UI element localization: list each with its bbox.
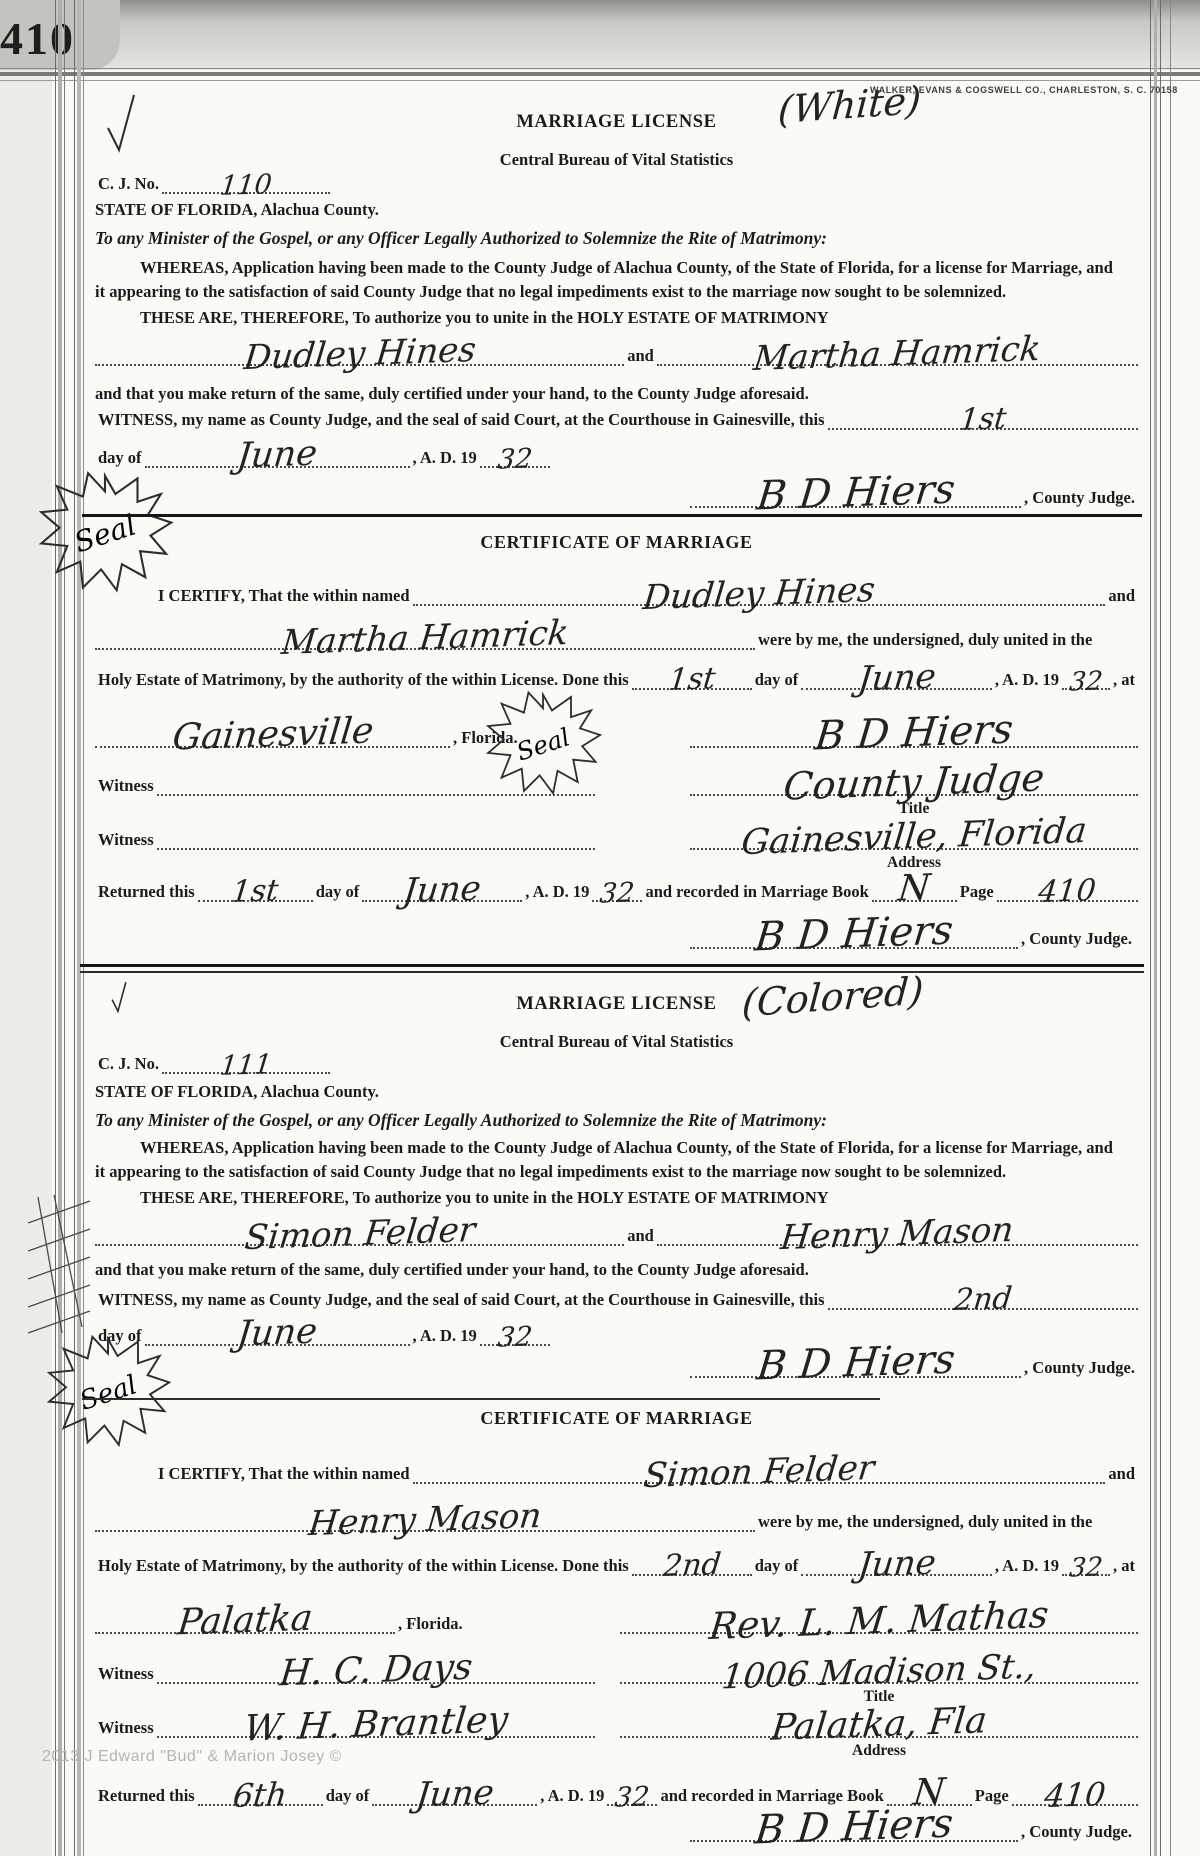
license-month-field: June [145,466,410,468]
border-rule [77,0,81,1856]
county-judge-label: , County Judge. [1018,929,1135,949]
cj-number-field: 111 [162,1072,330,1074]
license-year: 32 [496,445,533,473]
groom-name: Simon Felder [243,1213,477,1255]
at-label: , at [1110,670,1138,690]
whereas-line1: WHEREAS, Application having been made to… [140,1138,1113,1158]
returned-day-field: 6th [198,1804,323,1806]
license-year-field: 32 [480,1344,550,1346]
judge-signature-field: B D Hiers [690,1376,1021,1378]
record-divider [80,964,1144,967]
cert-bride-field: Henry Mason [95,1530,755,1532]
license-month: June [235,1315,318,1353]
witness-day-field: 1st [828,428,1138,430]
witness-clause: WITNESS, my name as County Judge, and th… [95,1290,828,1310]
witness1-field [157,794,595,796]
cert-bride-field: Martha Hamrick [95,648,755,650]
were-by-me-label: were by me, the undersigned, duly united… [755,1512,1095,1532]
border-rule [1160,0,1161,1856]
bride-name: Martha Hamrick [752,332,1042,376]
and-connector: and [624,1226,657,1246]
officiant-signature: Rev. L. M. Mathas [708,1596,1051,1645]
border-rule [1170,0,1171,1856]
whereas-line2: it appearing to the satisfaction of said… [95,1162,1006,1182]
day-of-label: day of [313,882,363,902]
witness2-field [157,848,595,850]
scan-top-edge [0,0,1200,70]
state-county-line: STATE OF FLORIDA, Alachua County. [95,1082,379,1102]
section-divider [82,1398,880,1400]
return-clause: and that you make return of the same, du… [95,1260,809,1280]
returned-month-field: June [372,1804,537,1806]
cj-number-label: C. J. No. [95,174,162,194]
book-value: N [897,870,932,907]
book-page-field: 410 [997,900,1138,902]
returned-year: 32 [614,1783,651,1811]
returned-day-field: 1st [198,900,313,902]
officiant-title-value: County Judge [782,758,1046,805]
certificate-title: CERTIFICATE OF MARRIAGE [95,532,1138,553]
officiant-title-field: 1006 Madison St., [620,1682,1138,1684]
certificate-title: CERTIFICATE OF MARRIAGE [95,1408,1138,1429]
day-of-label: day of [752,670,802,690]
whereas-line1: WHEREAS, Application having been made to… [140,258,1113,278]
border-rule [74,0,75,1856]
book-page-value: 410 [1037,876,1097,908]
i-certify-label: I CERTIFY, That the within named [155,586,413,606]
cj-number-value: 110 [219,171,273,200]
state-county-line: STATE OF FLORIDA, Alachua County. [95,200,379,220]
witness1-field: H. C. Days [157,1682,595,1684]
done-day-field: 1st [632,688,752,690]
license-title: MARRIAGE LICENSE [95,112,1138,133]
page-label: Page [957,882,997,902]
border-rule [0,68,1200,69]
ad-year-label: , A. D. 19 [522,882,592,902]
officiant-signature-field: Rev. L. M. Mathas [620,1632,1138,1634]
and-connector: and [1105,1464,1138,1484]
day-of-label: day of [323,1786,373,1806]
whereas-line2: it appearing to the satisfaction of said… [95,282,1006,302]
book-field: N [872,900,957,902]
done-month: June [856,660,937,697]
done-year: 32 [1068,668,1104,695]
done-year-field: 32 [1062,688,1110,690]
groom-name-field: Simon Felder [95,1244,624,1246]
witness-day: 2nd [952,1284,1013,1316]
ad-year-label: , A. D. 19 [410,448,480,468]
done-day: 1st [667,664,717,696]
groom-name: Dudley Hines [242,333,477,375]
license-month-field: June [145,1344,410,1346]
witness-day-field: 2nd [828,1308,1138,1310]
officiant-address-field: Gainesville, Florida [690,848,1138,850]
record-divider [80,971,1144,973]
and-connector: and [624,346,657,366]
returned-signature: B D Hiers [753,910,955,957]
returned-this-label: Returned this [95,882,198,902]
done-month-field: June [801,688,992,690]
witness1-name: H. C. Days [278,1650,474,1693]
done-year: 32 [1068,1554,1104,1581]
county-judge-label: , County Judge. [1021,1358,1138,1378]
cj-number-value: 111 [219,1051,273,1080]
officiant-address-value: Palatka, Fla [769,1703,988,1747]
border-rule [0,72,1200,76]
done-year-field: 32 [1062,1574,1110,1576]
at-label: , at [1110,1556,1138,1576]
border-rule [1150,0,1151,1856]
race-annotation: (White) [777,81,922,129]
place-field: Palatka [95,1632,395,1634]
border-rule [58,0,62,1856]
witness-clause: WITNESS, my name as County Judge, and th… [95,410,828,430]
officiant-signature-field: B D Hiers [690,746,1138,748]
done-day: 2nd [661,1550,722,1582]
ad-year-label: , A. D. 19 [992,1556,1062,1576]
salutation-line: To any Minister of the Gospel, or any Of… [95,1110,827,1131]
returned-signature-field: B D Hiers [690,947,1018,949]
done-day-field: 2nd [632,1574,752,1576]
address-label: Address [620,1742,1138,1760]
scanned-marriage-record-page: 410 WALKER, EVANS & COGSWELL CO., CHARLE… [0,0,1200,1856]
place-field: Gainesville [95,746,450,748]
returned-year-field: 32 [592,900,642,902]
bride-name-field: Henry Mason [657,1244,1138,1246]
returned-this-label: Returned this [95,1786,198,1806]
cert-groom-name: Simon Felder [642,1451,876,1493]
day-of-label: day of [752,1556,802,1576]
license-year-field: 32 [480,466,550,468]
license-title: MARRIAGE LICENSE [95,994,1138,1015]
returned-year: 32 [599,879,636,907]
i-certify-label: I CERTIFY, That the within named [155,1464,413,1484]
cj-number-label: C. J. No. [95,1054,162,1074]
section-divider [82,514,1142,517]
returned-year-field: 32 [607,1804,657,1806]
done-month: June [856,1546,937,1583]
witness2-field: W. H. Brantley [157,1736,595,1738]
and-connector: and [1105,586,1138,606]
returned-month-field: June [362,900,522,902]
officiant-address-field: Palatka, Fla [620,1736,1138,1738]
witness-label: Witness [95,1718,157,1738]
bride-name: Henry Mason [779,1213,1015,1255]
border-rule [0,80,1200,81]
officiant-title-field: County Judge [690,794,1138,796]
day-of-label: day of [95,448,145,468]
border-rule [83,0,84,1856]
returned-month: June [402,872,483,909]
holy-estate-label: Holy Estate of Matrimony, by the authori… [95,670,632,690]
recorded-label: and recorded in Marriage Book [642,882,871,902]
county-judge-label: , County Judge. [1018,1822,1135,1842]
witness-label: Witness [95,1664,157,1684]
scan-left-edge [0,0,52,1856]
border-rule [55,0,56,1856]
county-judge-label: , County Judge. [1021,488,1138,508]
border-rule [64,0,65,1856]
witness-label: Witness [95,830,157,850]
were-by-me-label: were by me, the undersigned, duly united… [755,630,1095,650]
bride-name-field: Martha Hamrick [657,364,1138,366]
cj-number-field: 110 [162,192,330,194]
cert-groom-field: Simon Felder [413,1482,1106,1484]
seal-scribble-icon: Seal [38,1332,178,1452]
ad-year-label: , A. D. 19 [537,1786,607,1806]
salutation-line: To any Minister of the Gospel, or any Of… [95,228,827,249]
holy-estate-label: Holy Estate of Matrimony, by the authori… [95,1556,632,1576]
bureau-subtitle: Central Bureau of Vital Statistics [95,150,1138,170]
done-month-field: June [801,1574,992,1576]
judge-signature: B D Hiers [755,469,957,516]
ad-year-label: , A. D. 19 [410,1326,480,1346]
crosshatch-scribble-icon [28,1195,98,1335]
ad-year-label: , A. D. 19 [992,670,1062,690]
place-name: Gainesville [170,713,375,756]
florida-label: , Florida. [395,1614,466,1634]
return-clause: and that you make return of the same, du… [95,384,809,404]
witness2-name: W. H. Brantley [242,1702,509,1747]
returned-signature-field: B D Hiers [690,1840,1018,1842]
witness-day: 1st [958,404,1008,436]
officiant-signature: B D Hiers [813,709,1015,756]
returned-signature: B D Hiers [753,1803,955,1850]
border-rule [1154,0,1157,1856]
returned-day: 6th [232,1778,289,1812]
groom-name-field: Dudley Hines [95,364,624,366]
license-month: June [235,437,318,475]
returned-day: 1st [230,876,280,908]
judge-signature-field: B D Hiers [690,506,1021,508]
returned-month: June [414,1776,495,1813]
judge-signature: B D Hiers [755,1339,957,1386]
license-year: 32 [496,1323,533,1351]
place-name: Palatka [176,1601,315,1642]
cert-bride-name: Henry Mason [307,1499,543,1541]
witness-label: Witness [95,776,157,796]
